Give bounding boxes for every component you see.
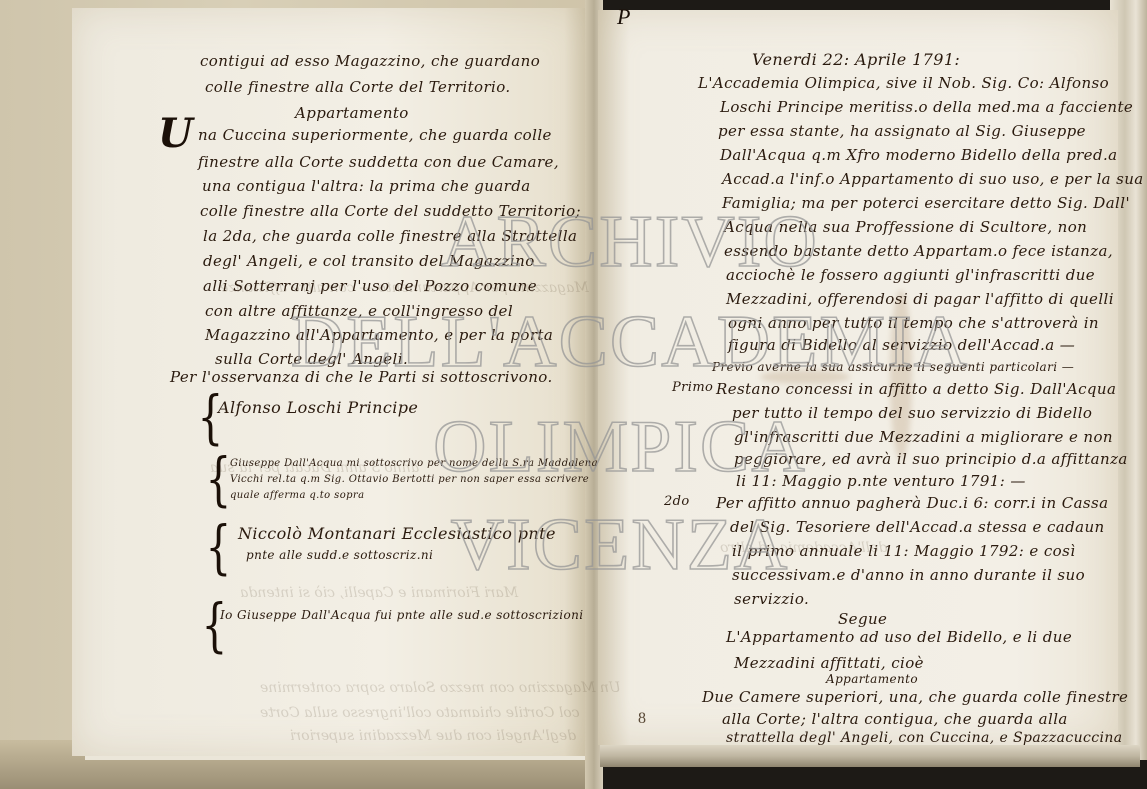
signature-2-line-3: quale afferma q.to sopra	[230, 490, 364, 501]
folio-number: 8	[638, 710, 646, 728]
left-line-2: colle finestre alla Corte del Territorio…	[205, 78, 511, 96]
watermark-line-4: VICENZA	[360, 508, 880, 582]
bleed-through-text: Un Magazzino con mezzo Solaro sopra cont…	[260, 680, 621, 696]
brace-icon: {	[202, 596, 228, 654]
left-section-heading: Appartamento	[295, 104, 409, 122]
condition-2-line-5: servizzio.	[734, 590, 809, 608]
brace-icon: {	[198, 388, 224, 446]
segue-heading: Segue	[838, 610, 887, 628]
closing-line-4: alla Corte; l'altra contigua, che guarda…	[722, 710, 1068, 728]
bleed-through-text: Mari Fiorimani e Capelli, ciò si intenda	[240, 585, 518, 601]
closing-line-2: Mezzadini affittati, cioè	[734, 654, 924, 672]
right-line-4: Dall'Acqua q.m Xfro moderno Bidello dell…	[720, 146, 1117, 164]
right-line-3: per essa stante, ha assignato al Sig. Gi…	[718, 122, 1086, 140]
left-line-1: contigui ad esso Magazzino, che guardano	[200, 52, 540, 70]
bleed-through-text: col Cortile chiamato coll'ingresso sulla…	[260, 705, 580, 721]
closing-heading: Appartamento	[826, 672, 918, 686]
closing-line-1: L'Appartamento ad uso del Bidello, e li …	[726, 628, 1072, 646]
left-line-4: na Cuccina superiormente, che guarda col…	[198, 126, 552, 144]
watermark-line-3: OLIMPICA	[330, 410, 910, 484]
closing-line-5: strattella degl' Angeli, con Cuccina, e …	[726, 730, 1123, 746]
signature-4: Io Giuseppe Dall'Acqua fui pnte alle sud…	[220, 608, 583, 622]
right-line-5: Accad.a l'inf.o Appartamento di suo uso,…	[722, 170, 1144, 188]
watermark-line-1: ARCHIVIO	[380, 205, 880, 279]
left-line-5: finestre alla Corte suddetta con due Cam…	[198, 153, 559, 171]
brace-icon: {	[206, 450, 232, 508]
brace-icon: {	[206, 518, 232, 576]
watermark-line-2: DELL'ACCADEMIA	[230, 305, 1030, 379]
right-line-2: Loschi Principe meritiss.o della med.ma …	[720, 98, 1133, 116]
date-heading: Venerdi 22: Aprile 1791:	[752, 50, 960, 69]
corner-mark: P	[617, 4, 630, 30]
right-line-1: L'Accademia Olimpica, sive il Nob. Sig. …	[698, 74, 1109, 92]
page-stack-bottom-edge	[600, 745, 1140, 767]
bleed-through-text: degl'Angeli con due Mezzadini superiori	[290, 728, 576, 744]
closing-line-3: Due Camere superiori, una, che guarda co…	[702, 688, 1128, 706]
decorated-initial: U	[158, 110, 193, 157]
left-line-6: una contigua l'altra: la prima che guard…	[202, 177, 531, 195]
